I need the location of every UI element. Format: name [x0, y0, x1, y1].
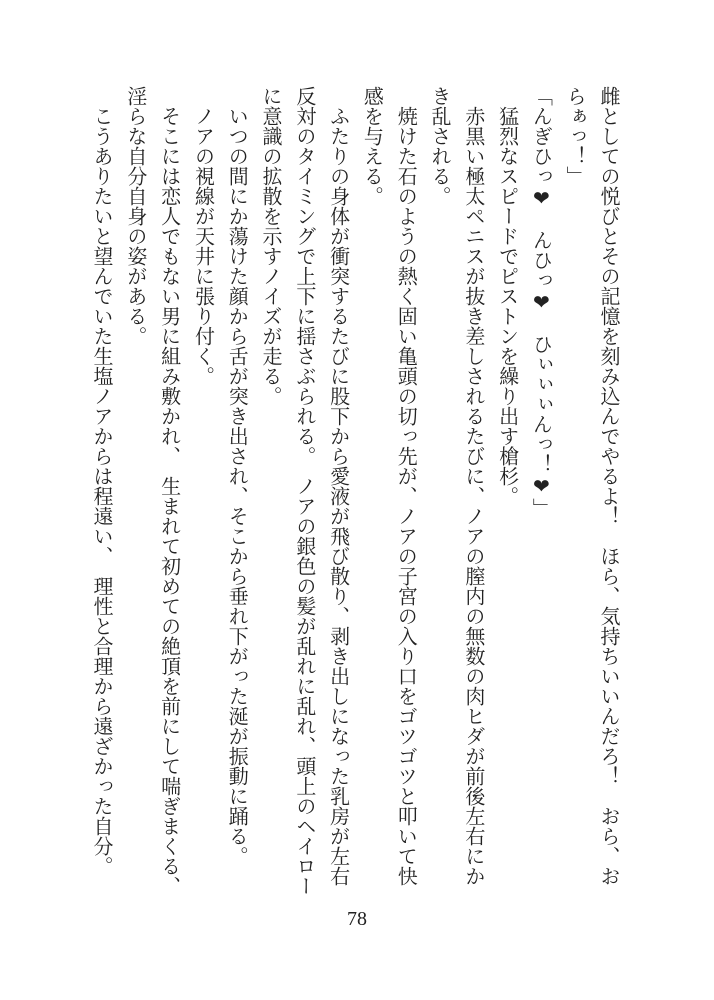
paragraph: 「んぎひっ❤ んひっ❤ ひぃぃぃんっ！❤」 — [523, 86, 557, 898]
novel-text-block: 雌としての悦びとその記憶を刻み込んでやるよ！ ほら、気持ちいいんだろ！ おら、お… — [83, 86, 624, 898]
paragraph: こうありたいと望んでいた生塩ノアからは程遠い、 理性と合理から遠ざかった自分。 — [83, 86, 117, 898]
paragraph: 猛烈なスピードでピストンを繰り出す槍杉。 — [489, 86, 523, 898]
paragraph: 雌としての悦びとその記憶を刻み込んでやるよ！ ほら、気持ちいいんだろ！ おら、お… — [556, 86, 624, 898]
paragraph: ノアの視線が天井に張り付く。 — [185, 86, 219, 898]
paragraph: いつの間にか蕩けた顔から舌が突き出され、そこから垂れ下がった涎が振動に踊る。 — [218, 86, 252, 898]
page-number: 78 — [0, 908, 714, 931]
paragraph: 赤黒い極太ペニスが抜き差しされるたびに、ノアの膣内の無数の肉ヒダが前後左右にかき… — [421, 86, 489, 898]
paragraph: 焼けた石のようの熱く固い亀頭の切っ先が、ノアの子宮の入り口をゴツゴツと叩いて快感… — [354, 86, 422, 898]
paragraph: ふたりの身体が衝突するたびに股下から愛液が飛び散り、剥き出しになった乳房が左右反… — [252, 86, 353, 898]
novel-page: 雌としての悦びとその記憶を刻み込んでやるよ！ ほら、気持ちいいんだろ！ おら、お… — [0, 0, 714, 1000]
paragraph: そこには恋人でもない男に組み敷かれ、 生まれて初めての絶頂を前にして喘ぎまくる、… — [117, 86, 185, 898]
